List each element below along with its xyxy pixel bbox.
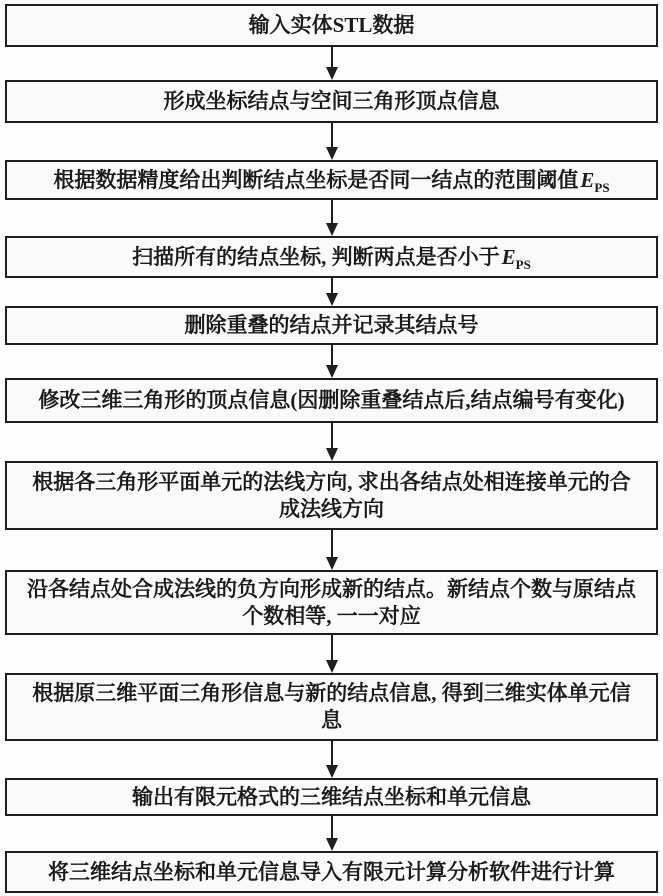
- flow-step-label: 将三维结点坐标和单元信息导入有限元计算分析软件进行计算: [42, 859, 621, 886]
- flow-step-label: 输入实体STL数据: [243, 12, 421, 39]
- flow-step-modify-vertices: 修改三维三角形的顶点信息(因删除重叠结点后,结点编号有变化): [5, 378, 658, 423]
- arrow-head: [326, 67, 338, 80]
- arrow-head: [326, 557, 338, 570]
- flow-step-new-nodes: 沿各结点处合成法线的负方向形成新的结点。新结点个数与原结点个数相等, 一一对应: [5, 570, 658, 635]
- math-subscript-PS: PS: [594, 180, 609, 195]
- arrow-head: [326, 223, 338, 236]
- flow-step-label: 扫描所有的结点坐标, 判断两点是否小于EPS: [126, 244, 537, 271]
- arrow-head: [326, 838, 338, 851]
- flow-step-normal-direction: 根据各三角形平面单元的法线方向, 求出各结点处相连接单元的合成法线方向: [5, 461, 658, 530]
- flow-arrow-down-icon: [5, 278, 658, 306]
- flow-step-label: 根据各三角形平面单元的法线方向, 求出各结点处相连接单元的合成法线方向: [21, 469, 643, 523]
- math-symbol-E: E: [500, 245, 516, 269]
- flow-step-input-stl: 输入实体STL数据: [5, 4, 658, 47]
- math-subscript-PS: PS: [516, 257, 531, 272]
- flow-step-label: 输出有限元格式的三维结点坐标和单元信息: [126, 784, 537, 811]
- arrow-head: [326, 147, 338, 160]
- arrow-head: [326, 660, 338, 673]
- flow-arrow-down-icon: [5, 530, 658, 570]
- arrow-head: [326, 293, 338, 306]
- flow-step-form-nodes: 形成坐标结点与空间三角形顶点信息: [5, 80, 658, 123]
- flow-step-solid-elements: 根据原三维平面三角形信息与新的结点信息, 得到三维实体单元信息: [5, 673, 658, 741]
- flow-arrow-down-icon: [5, 345, 658, 378]
- flow-step-threshold: 根据数据精度给出判断结点坐标是否同一结点的范围阈值EPS: [5, 160, 658, 200]
- flow-arrow-down-icon: [5, 816, 658, 851]
- flow-step-label: 修改三维三角形的顶点信息(因删除重叠结点后,结点编号有变化): [32, 387, 630, 414]
- flow-step-delete-overlap: 删除重叠的结点并记录其结点号: [5, 306, 658, 345]
- flow-step-label: 删除重叠的结点并记录其结点号: [179, 312, 485, 339]
- flow-step-scan-nodes: 扫描所有的结点坐标, 判断两点是否小于EPS: [5, 236, 658, 278]
- flow-step-label: 根据原三维平面三角形信息与新的结点信息, 得到三维实体单元信息: [21, 680, 643, 734]
- flow-step-output-fem: 输出有限元格式的三维结点坐标和单元信息: [5, 778, 658, 816]
- flow-step-import-analysis: 将三维结点坐标和单元信息导入有限元计算分析软件进行计算: [5, 851, 658, 893]
- flow-arrow-down-icon: [5, 123, 658, 160]
- flow-arrow-down-icon: [5, 200, 658, 236]
- flow-arrow-down-icon: [5, 47, 658, 80]
- flow-step-label: 形成坐标结点与空间三角形顶点信息: [158, 88, 506, 115]
- flow-arrow-down-icon: [5, 423, 658, 461]
- arrow-head: [326, 365, 338, 378]
- flow-step-label: 根据数据精度给出判断结点坐标是否同一结点的范围阈值EPS: [47, 167, 615, 194]
- flow-arrow-down-icon: [5, 741, 658, 778]
- flow-step-label: 沿各结点处合成法线的负方向形成新的结点。新结点个数与原结点个数相等, 一一对应: [21, 576, 643, 630]
- arrow-head: [326, 765, 338, 778]
- flow-arrow-down-icon: [5, 635, 658, 673]
- math-symbol-E: E: [578, 168, 594, 192]
- arrow-head: [326, 448, 338, 461]
- flowchart: 输入实体STL数据 形成坐标结点与空间三角形顶点信息 根据数据精度给出判断结点坐…: [0, 0, 663, 896]
